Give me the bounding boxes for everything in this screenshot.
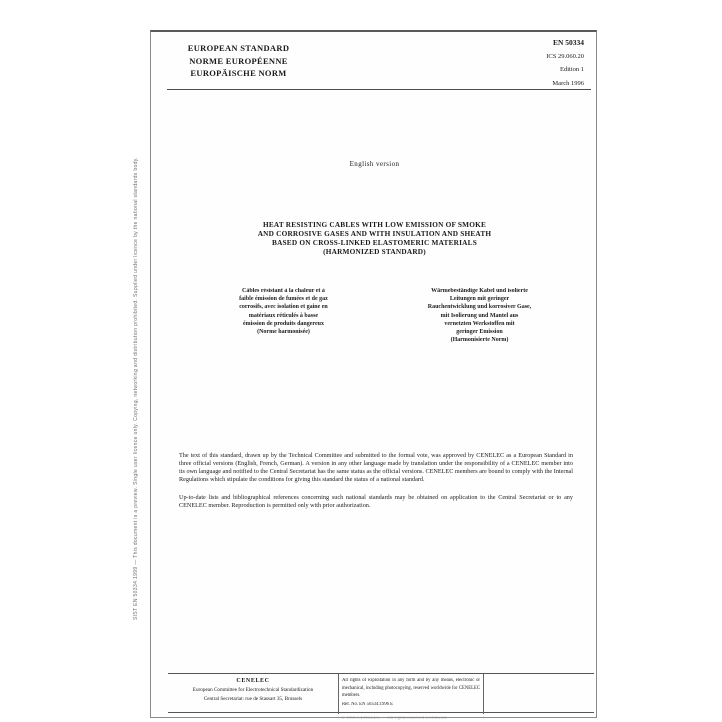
boilerplate-text-block: The text of this standard, drawn up by t… — [179, 452, 573, 521]
title-line: HEAT RESISTING CABLES WITH LOW EMISSION … — [211, 220, 538, 229]
footer-column-divider — [483, 674, 484, 714]
footer-table: CENELEC European Committee for Electrote… — [168, 673, 594, 713]
header-divider-rule — [167, 89, 591, 90]
title-de-line: Leitungen mit geringer — [397, 295, 562, 303]
header-left-block: EUROPEAN STANDARD NORME EUROPÉENNE EUROP… — [176, 42, 301, 80]
title-line: (HARMONIZED STANDARD) — [211, 247, 538, 256]
title-de-line: vernetzten Werkstoffen mit — [397, 320, 562, 328]
footer-column-divider — [338, 674, 339, 714]
header-left-line: NORME EUROPÉENNE — [176, 55, 301, 68]
title-fr-line: corrosifs, avec isolation et gaine en — [201, 303, 366, 311]
boilerplate-paragraph-1: The text of this standard, drawn up by t… — [179, 452, 573, 484]
header-left-line: EUROPÄISCHE NORM — [176, 67, 301, 80]
title-de-line: Wärmebeständige Kabel und isolierte — [397, 287, 562, 295]
title-german-block: Wärmebeständige Kabel und isolierte Leit… — [397, 287, 562, 344]
publication-date: March 1996 — [464, 77, 584, 91]
title-fr-line: émission de produits dangereux — [201, 320, 366, 328]
organization-subtitle: European Committee for Electrotechnical … — [170, 686, 336, 695]
boilerplate-paragraph-2: Up-to-date lists and bibliographical ref… — [179, 494, 573, 510]
title-fr-line: matériaux réticulés à basse — [201, 312, 366, 320]
footer-organization-cell: CENELEC European Committee for Electrote… — [170, 677, 336, 704]
ics-code: ICS 29.060.20 — [464, 50, 584, 64]
organization-name: CENELEC — [170, 677, 336, 686]
title-fr-line: (Norme harmonisée) — [201, 328, 366, 336]
header-right-block: EN 50334 ICS 29.060.20 Edition 1 March 1… — [464, 36, 584, 90]
title-de-line: mit Isolierung und Mantel aus — [397, 312, 562, 320]
edition-label: Edition 1 — [464, 63, 584, 77]
licence-watermark-vertical-text: SIST EN 50334:1999 — This document is a … — [133, 95, 145, 620]
footer-rights-notice: All rights of exploitation in any form a… — [342, 677, 480, 700]
document-page: EUROPEAN STANDARD NORME EUROPÉENNE EUROP… — [150, 30, 597, 718]
title-fr-line: Câbles résistant à la chaleur et à — [201, 287, 366, 295]
title-de-line: Rauchentwicklung und korrosiver Gase, — [397, 303, 562, 311]
standard-reference-number: EN 50334 — [464, 36, 584, 50]
title-english-block: HEAT RESISTING CABLES WITH LOW EMISSION … — [211, 220, 538, 256]
scanned-standard-document: SIST EN 50334:1999 — This document is a … — [0, 0, 722, 722]
title-de-line: geringer Emission — [397, 328, 562, 336]
title-de-line: (Harmonisierte Norm) — [397, 336, 562, 344]
title-line: BASED ON CROSS-LINKED ELASTOMERIC MATERI… — [211, 238, 538, 247]
language-version-label: English version — [151, 160, 598, 168]
cutoff-copyright-line: © 1996 CENELEC — All rights reserved wor… — [341, 716, 591, 720]
title-french-block: Câbles résistant à la chaleur et à faibl… — [201, 287, 366, 336]
title-line: AND CORROSIVE GASES AND WITH INSULATION … — [211, 229, 538, 238]
header-left-line: EUROPEAN STANDARD — [176, 42, 301, 55]
organization-address: Central Secretariat: rue de Stassart 35,… — [170, 695, 336, 704]
title-fr-line: faible émission de fumées et de gaz — [201, 295, 366, 303]
footer-reference-number: Ref. No. EN 50334:1996 E — [342, 702, 480, 707]
